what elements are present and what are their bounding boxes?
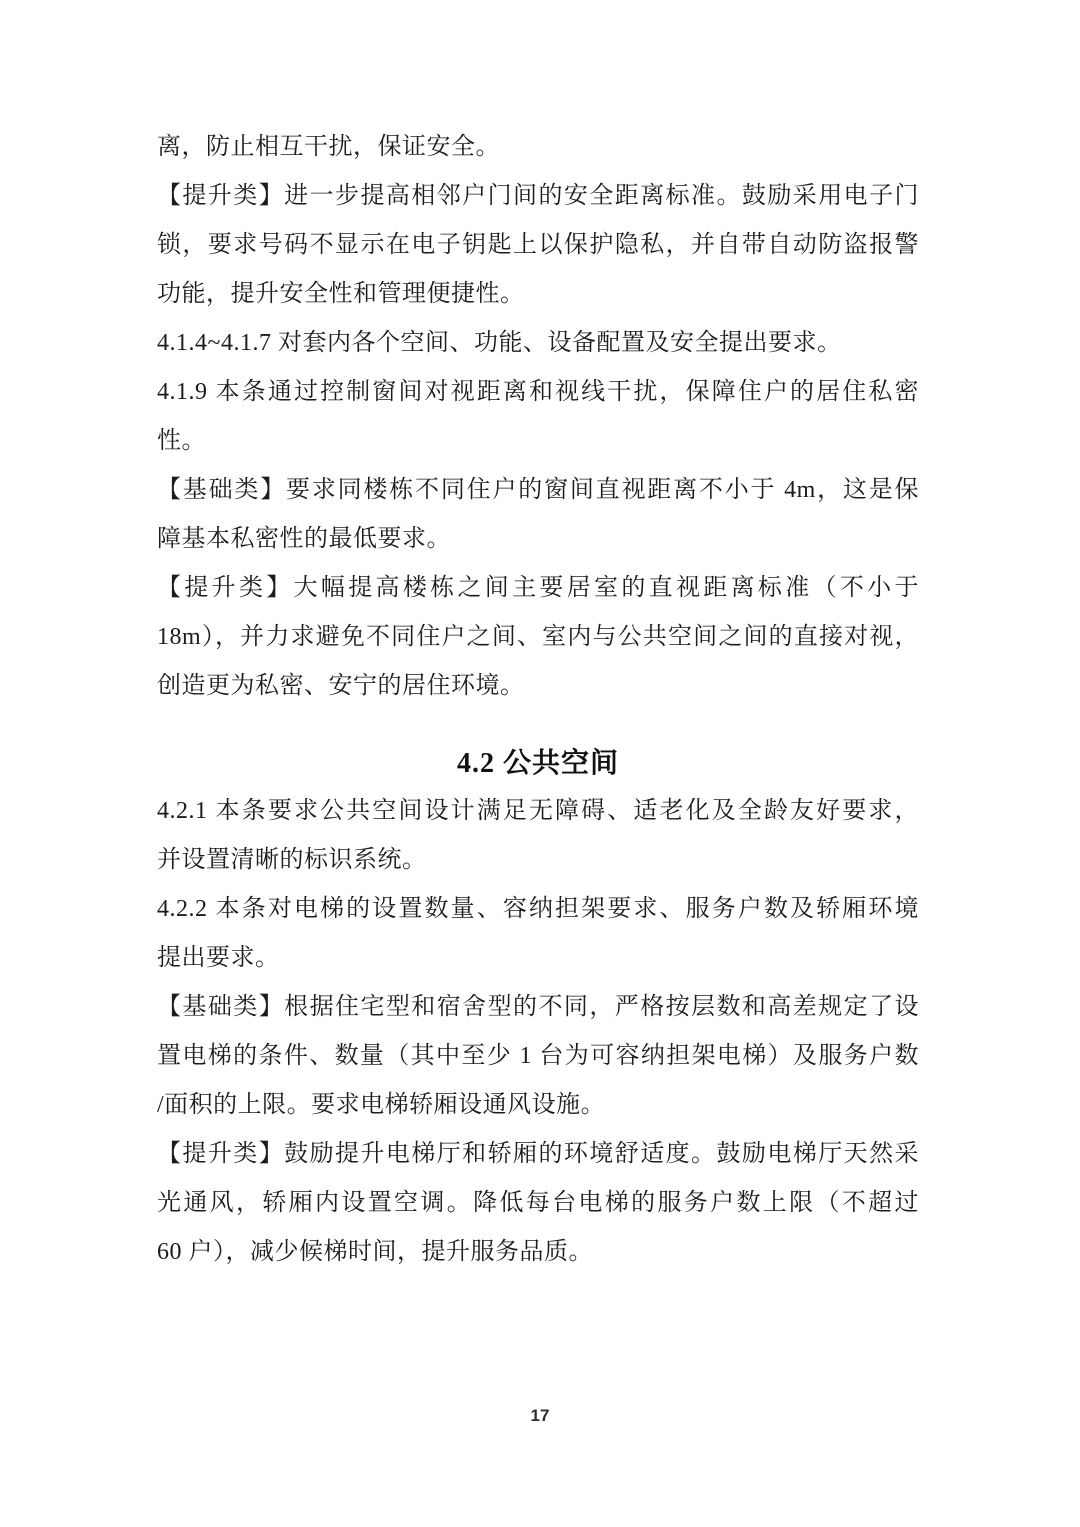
text-line: 4.1.9 本条通过控制窗间对视距离和视线干扰，保障住户的居住私密 — [157, 368, 919, 417]
text-line: 【基础类】要求同楼栋不同住户的窗间直视距离不小于 4m，这是保 — [157, 466, 919, 515]
text-line: 【提升类】鼓励提升电梯厅和轿厢的环境舒适度。鼓励电梯厅天然采 — [157, 1130, 919, 1179]
text-line: 【提升类】进一步提高相邻户门间的安全距离标准。鼓励采用电子门 — [157, 172, 919, 221]
text-line: /面积的上限。要求电梯轿厢设通风设施。 — [157, 1081, 919, 1130]
document-page: 离，防止相互干扰，保证安全。 【提升类】进一步提高相邻户门间的安全距离标准。鼓励… — [0, 0, 1080, 1527]
text-line: 18m），并力求避免不同住户之间、室内与公共空间之间的直接对视， — [157, 613, 919, 662]
text-line: 离，防止相互干扰，保证安全。 — [157, 123, 919, 172]
text-line: 4.2.2 本条对电梯的设置数量、容纳担架要求、服务户数及轿厢环境 — [157, 885, 919, 934]
text-line: 创造更为私密、安宁的居住环境。 — [157, 662, 919, 711]
page-number: 17 — [0, 1406, 1080, 1426]
text-line: 提出要求。 — [157, 934, 919, 983]
text-line: 并设置清晰的标识系统。 — [157, 836, 919, 885]
text-line: 【提升类】大幅提高楼栋之间主要居室的直视距离标准（不小于 — [157, 564, 919, 613]
text-line: 4.1.4~4.1.7 对套内各个空间、功能、设备配置及安全提出要求。 — [157, 319, 919, 368]
text-line: 障基本私密性的最低要求。 — [157, 515, 919, 564]
text-line: 性。 — [157, 417, 919, 466]
body-text: 离，防止相互干扰，保证安全。 【提升类】进一步提高相邻户门间的安全距离标准。鼓励… — [157, 123, 919, 1277]
text-line: 锁，要求号码不显示在电子钥匙上以保护隐私，并自带自动防盗报警 — [157, 221, 919, 270]
text-line: 4.2.1 本条要求公共空间设计满足无障碍、适老化及全龄友好要求， — [157, 787, 919, 836]
text-line: 【基础类】根据住宅型和宿舍型的不同，严格按层数和高差规定了设 — [157, 983, 919, 1032]
text-line: 60 户），减少候梯时间，提升服务品质。 — [157, 1228, 919, 1277]
text-line: 置电梯的条件、数量（其中至少 1 台为可容纳担架电梯）及服务户数 — [157, 1032, 919, 1081]
text-line: 功能，提升安全性和管理便捷性。 — [157, 270, 919, 319]
text-line: 光通风，轿厢内设置空调。降低每台电梯的服务户数上限（不超过 — [157, 1179, 919, 1228]
section-heading: 4.2 公共空间 — [157, 741, 919, 787]
